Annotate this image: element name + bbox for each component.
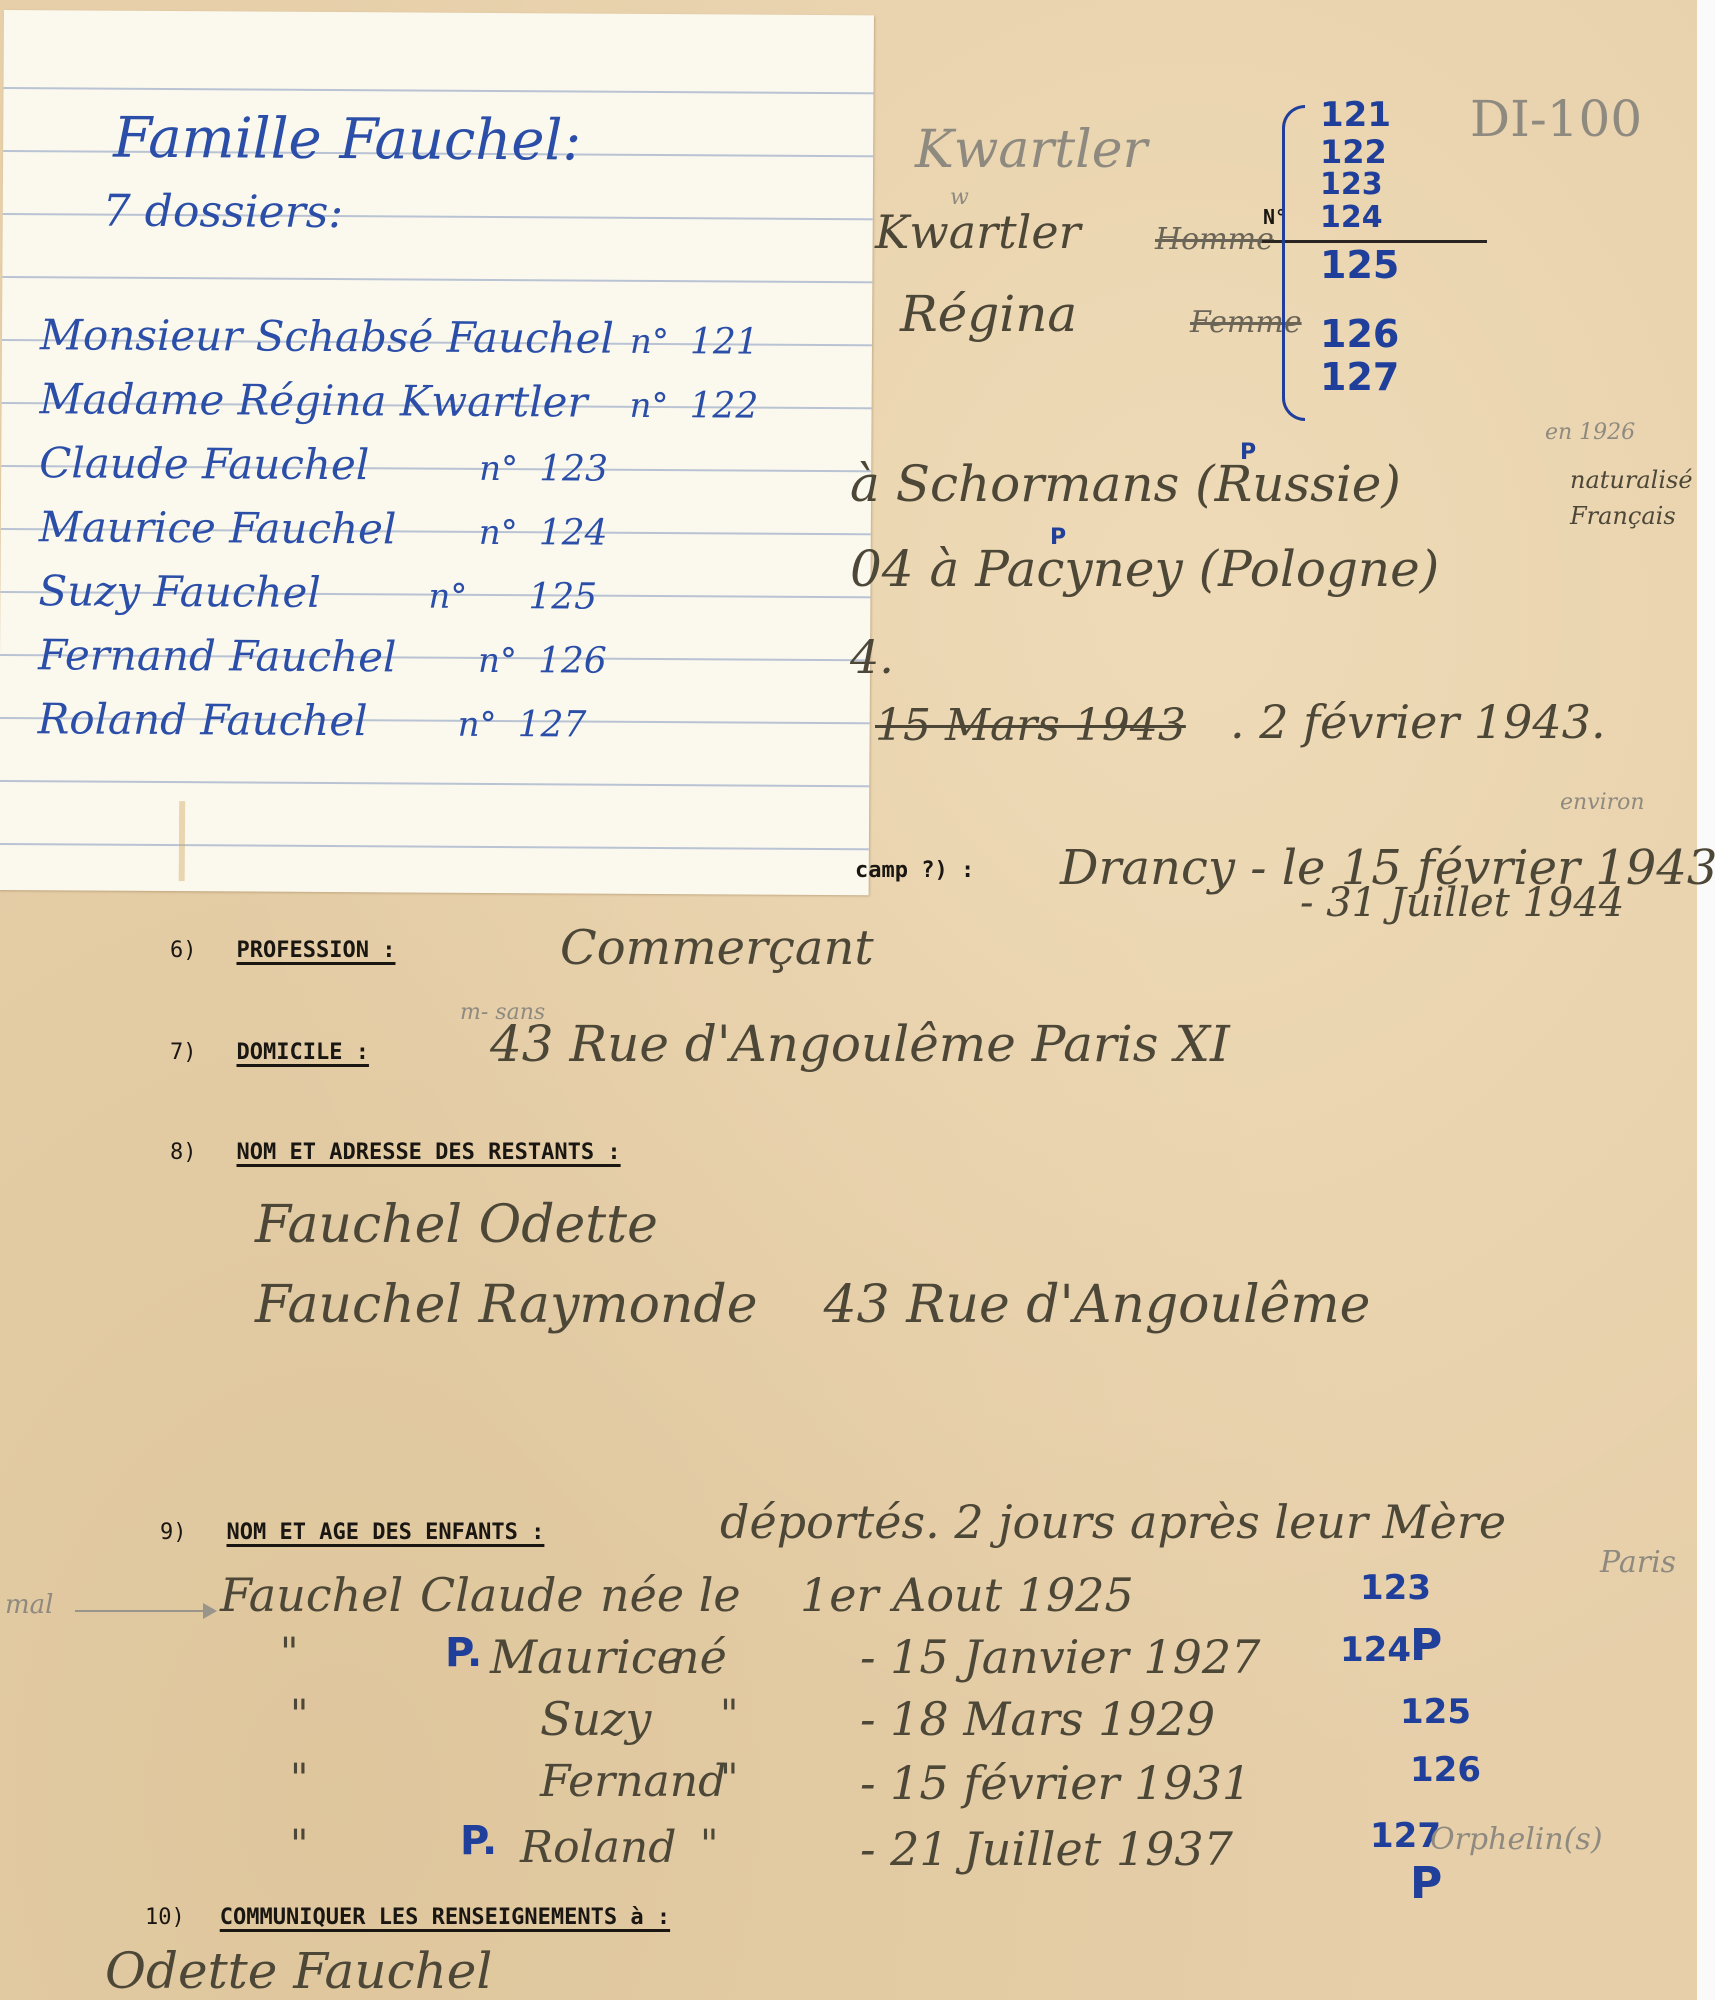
child-name: Suzy	[540, 1692, 651, 1746]
entry-name: Fernand Fauchel	[38, 630, 478, 682]
child-dossier-number: 125	[1400, 1692, 1471, 1732]
domicile-value: 43 Rue d'Angoulême Paris XI	[490, 1015, 1230, 1073]
children-list: Fauchel Claude née le 1er Aout 1925 123 …	[220, 1568, 1520, 1888]
entry-no-label: n°	[478, 641, 538, 681]
arrest-date: . 2 février 1943.	[1230, 695, 1606, 749]
arrest-date-struck: 15 Mars 1943	[875, 700, 1186, 751]
entry-no-label: n°	[458, 705, 518, 745]
field-label: NOM ET AGE DES ENFANTS :	[227, 1520, 545, 1545]
field-label: COMMUNIQUER LES RENSEIGNEMENTS à :	[220, 1905, 670, 1930]
communiquer-value: Odette Fauchel	[105, 1942, 492, 2000]
field-label: NOM ET ADRESSE DES RESTANTS :	[237, 1140, 621, 1165]
dossier-number: 126	[1320, 311, 1399, 357]
child-row: " P. Maurice né - 15 Janvier 1927 124 P	[220, 1630, 1520, 1692]
paper-stain	[179, 801, 185, 881]
naturalisation-year: en 1926	[1545, 420, 1635, 445]
note-entry: Suzy Faucheln°125	[38, 566, 757, 634]
field-label: DOMICILE :	[237, 1040, 369, 1065]
child-verb: née le	[600, 1568, 741, 1622]
arrow-icon	[75, 1610, 215, 1612]
entry-number: 121	[690, 321, 759, 362]
entry-number: 126	[538, 640, 607, 681]
child-dossier-number: 123	[1360, 1568, 1431, 1608]
p-mark: P	[1240, 440, 1256, 465]
dossier-number: 123	[1320, 169, 1399, 201]
child-prefix: "	[280, 1630, 298, 1676]
field-3-value: 4.	[850, 630, 894, 684]
child-flag: P	[1410, 1858, 1442, 1909]
entry-name: Madame Régina Kwartler	[39, 374, 629, 427]
homme-struck: Homme	[1155, 222, 1274, 257]
child-verb: né	[670, 1630, 727, 1684]
field-number: 6)	[170, 938, 197, 963]
scan-margin	[1697, 0, 1715, 2000]
child-verb: "	[700, 1822, 718, 1868]
note-subtitle: 7 dossiers:	[103, 186, 344, 238]
entry-number: 122	[689, 385, 758, 426]
field-number: 10)	[145, 1905, 185, 1930]
child-birthdate: - 21 Juillet 1937	[860, 1822, 1233, 1876]
note-dossier-list: Monsieur Schabsé Faucheln°121 Madame Rég…	[37, 310, 758, 762]
entry-name: Suzy Fauchel	[38, 566, 428, 617]
entry-no-label: n°	[630, 322, 690, 362]
entry-name: Roland Fauchel	[38, 694, 458, 746]
child-prefix: Fauchel	[220, 1568, 403, 1622]
child-birthdate: - 18 Mars 1929	[860, 1692, 1215, 1746]
field-number: 8)	[170, 1140, 197, 1165]
entry-no-label: n°	[428, 577, 528, 618]
margin-note: mal	[5, 1590, 53, 1620]
child-prefix: "	[290, 1692, 308, 1738]
child-birthdate: - 15 Janvier 1927	[860, 1630, 1260, 1684]
dossier-number: 121	[1320, 95, 1399, 135]
note-entry: Roland Faucheln°127	[37, 694, 756, 762]
domicile-field: 7)DOMICILE :	[170, 1040, 369, 1065]
child-name: Roland	[520, 1822, 676, 1873]
dossier-number: 125	[1320, 235, 1399, 295]
naturalisation-note: naturalisé Français	[1570, 462, 1690, 534]
entry-name: Maurice Fauchel	[39, 502, 479, 554]
field-number: 9)	[160, 1520, 187, 1545]
child-birthdate: - 15 février 1931	[860, 1756, 1251, 1810]
profession-value: Commerçant	[560, 920, 874, 976]
entry-number: 123	[539, 448, 608, 489]
birth-place-1: à Schormans (Russie)	[850, 455, 1401, 513]
dossier-number-column: 121 122 123 124 125 126 127	[1320, 95, 1399, 397]
entry-no-label: n°	[629, 386, 689, 426]
enfants-note: déportés. 2 jours après leur Mère	[720, 1495, 1506, 1549]
kwartler-pencil: Kwartler	[915, 120, 1147, 180]
child-verb: "	[720, 1756, 738, 1802]
dossier-number: 127	[1320, 357, 1399, 397]
field-number: 7)	[170, 1040, 197, 1065]
child-birthdate: 1er Aout 1925	[800, 1568, 1134, 1622]
entry-no-label: n°	[479, 513, 539, 553]
child-name: Maurice	[490, 1630, 684, 1684]
note-entry: Madame Régina Kwartlern°122	[39, 374, 758, 442]
child-prefix: "	[290, 1822, 308, 1868]
note-entry: Claude Faucheln°123	[39, 438, 758, 506]
p-mark: P	[1050, 525, 1066, 550]
child-row: Fauchel Claude née le 1er Aout 1925 123	[220, 1568, 1520, 1630]
entry-name: Claude Fauchel	[39, 438, 479, 490]
child-p-mark: P.	[445, 1630, 482, 1676]
note-entry: Monsieur Schabsé Faucheln°121	[40, 310, 759, 378]
communiquer-field: 10)COMMUNIQUER LES RENSEIGNEMENTS à :	[145, 1905, 670, 1930]
entry-number: 124	[539, 512, 608, 553]
archive-reference: DI-100	[1470, 90, 1642, 148]
child-p-mark: P.	[460, 1818, 497, 1864]
note-entry: Fernand Faucheln°126	[38, 630, 757, 698]
camp-label: camp ?) :	[855, 858, 974, 883]
child-name: Claude	[420, 1568, 584, 1622]
camp-value-2: - 31 Juillet 1944	[1300, 880, 1624, 926]
field-label: PROFESSION :	[237, 938, 396, 963]
bracket-icon	[1282, 105, 1305, 421]
child-row: " Fernand " - 15 février 1931 126	[220, 1756, 1520, 1822]
child-dossier-number: 124	[1340, 1630, 1411, 1670]
kwartler-ink: Kwartler	[875, 205, 1081, 259]
child-row: " P. Roland " - 21 Juillet 1937 127 P Or…	[220, 1822, 1520, 1888]
note-entry: Maurice Faucheln°124	[39, 502, 758, 570]
entry-number: 125	[528, 576, 597, 617]
pasted-note-card: Famille Fauchel: 7 dossiers: Monsieur Sc…	[0, 10, 874, 895]
child-prefix: "	[290, 1756, 308, 1802]
restant-line: Fauchel Odette	[255, 1195, 658, 1255]
enfants-note-2: Paris	[1600, 1545, 1676, 1580]
restant-line: Fauchel Raymonde 43 Rue d'Angoulême	[255, 1275, 1370, 1335]
entry-number: 127	[518, 704, 587, 745]
note-title: Famille Fauchel:	[113, 106, 581, 174]
restants-field: 8)NOM ET ADRESSE DES RESTANTS :	[170, 1140, 621, 1165]
child-flag: P	[1410, 1620, 1442, 1671]
regina-name: Régina	[900, 285, 1077, 343]
entry-no-label: n°	[479, 449, 539, 489]
dossier-number: 122	[1320, 135, 1399, 169]
child-dossier-number: 126	[1410, 1750, 1481, 1790]
dossier-number: 124	[1320, 201, 1399, 235]
child-row: " Suzy " - 18 Mars 1929 125	[220, 1692, 1520, 1756]
pencil-side-note: Orphelin(s)	[1430, 1822, 1603, 1857]
birth-place-2: 04 à Pacyney (Pologne)	[850, 540, 1439, 598]
entry-name: Monsieur Schabsé Fauchel	[40, 310, 630, 363]
enfants-field: 9)NOM ET AGE DES ENFANTS :	[160, 1520, 544, 1545]
camp-value-note: environ	[1560, 790, 1645, 815]
child-verb: "	[720, 1692, 738, 1738]
child-name: Fernand	[540, 1756, 726, 1807]
profession-field: 6)PROFESSION :	[170, 938, 395, 963]
